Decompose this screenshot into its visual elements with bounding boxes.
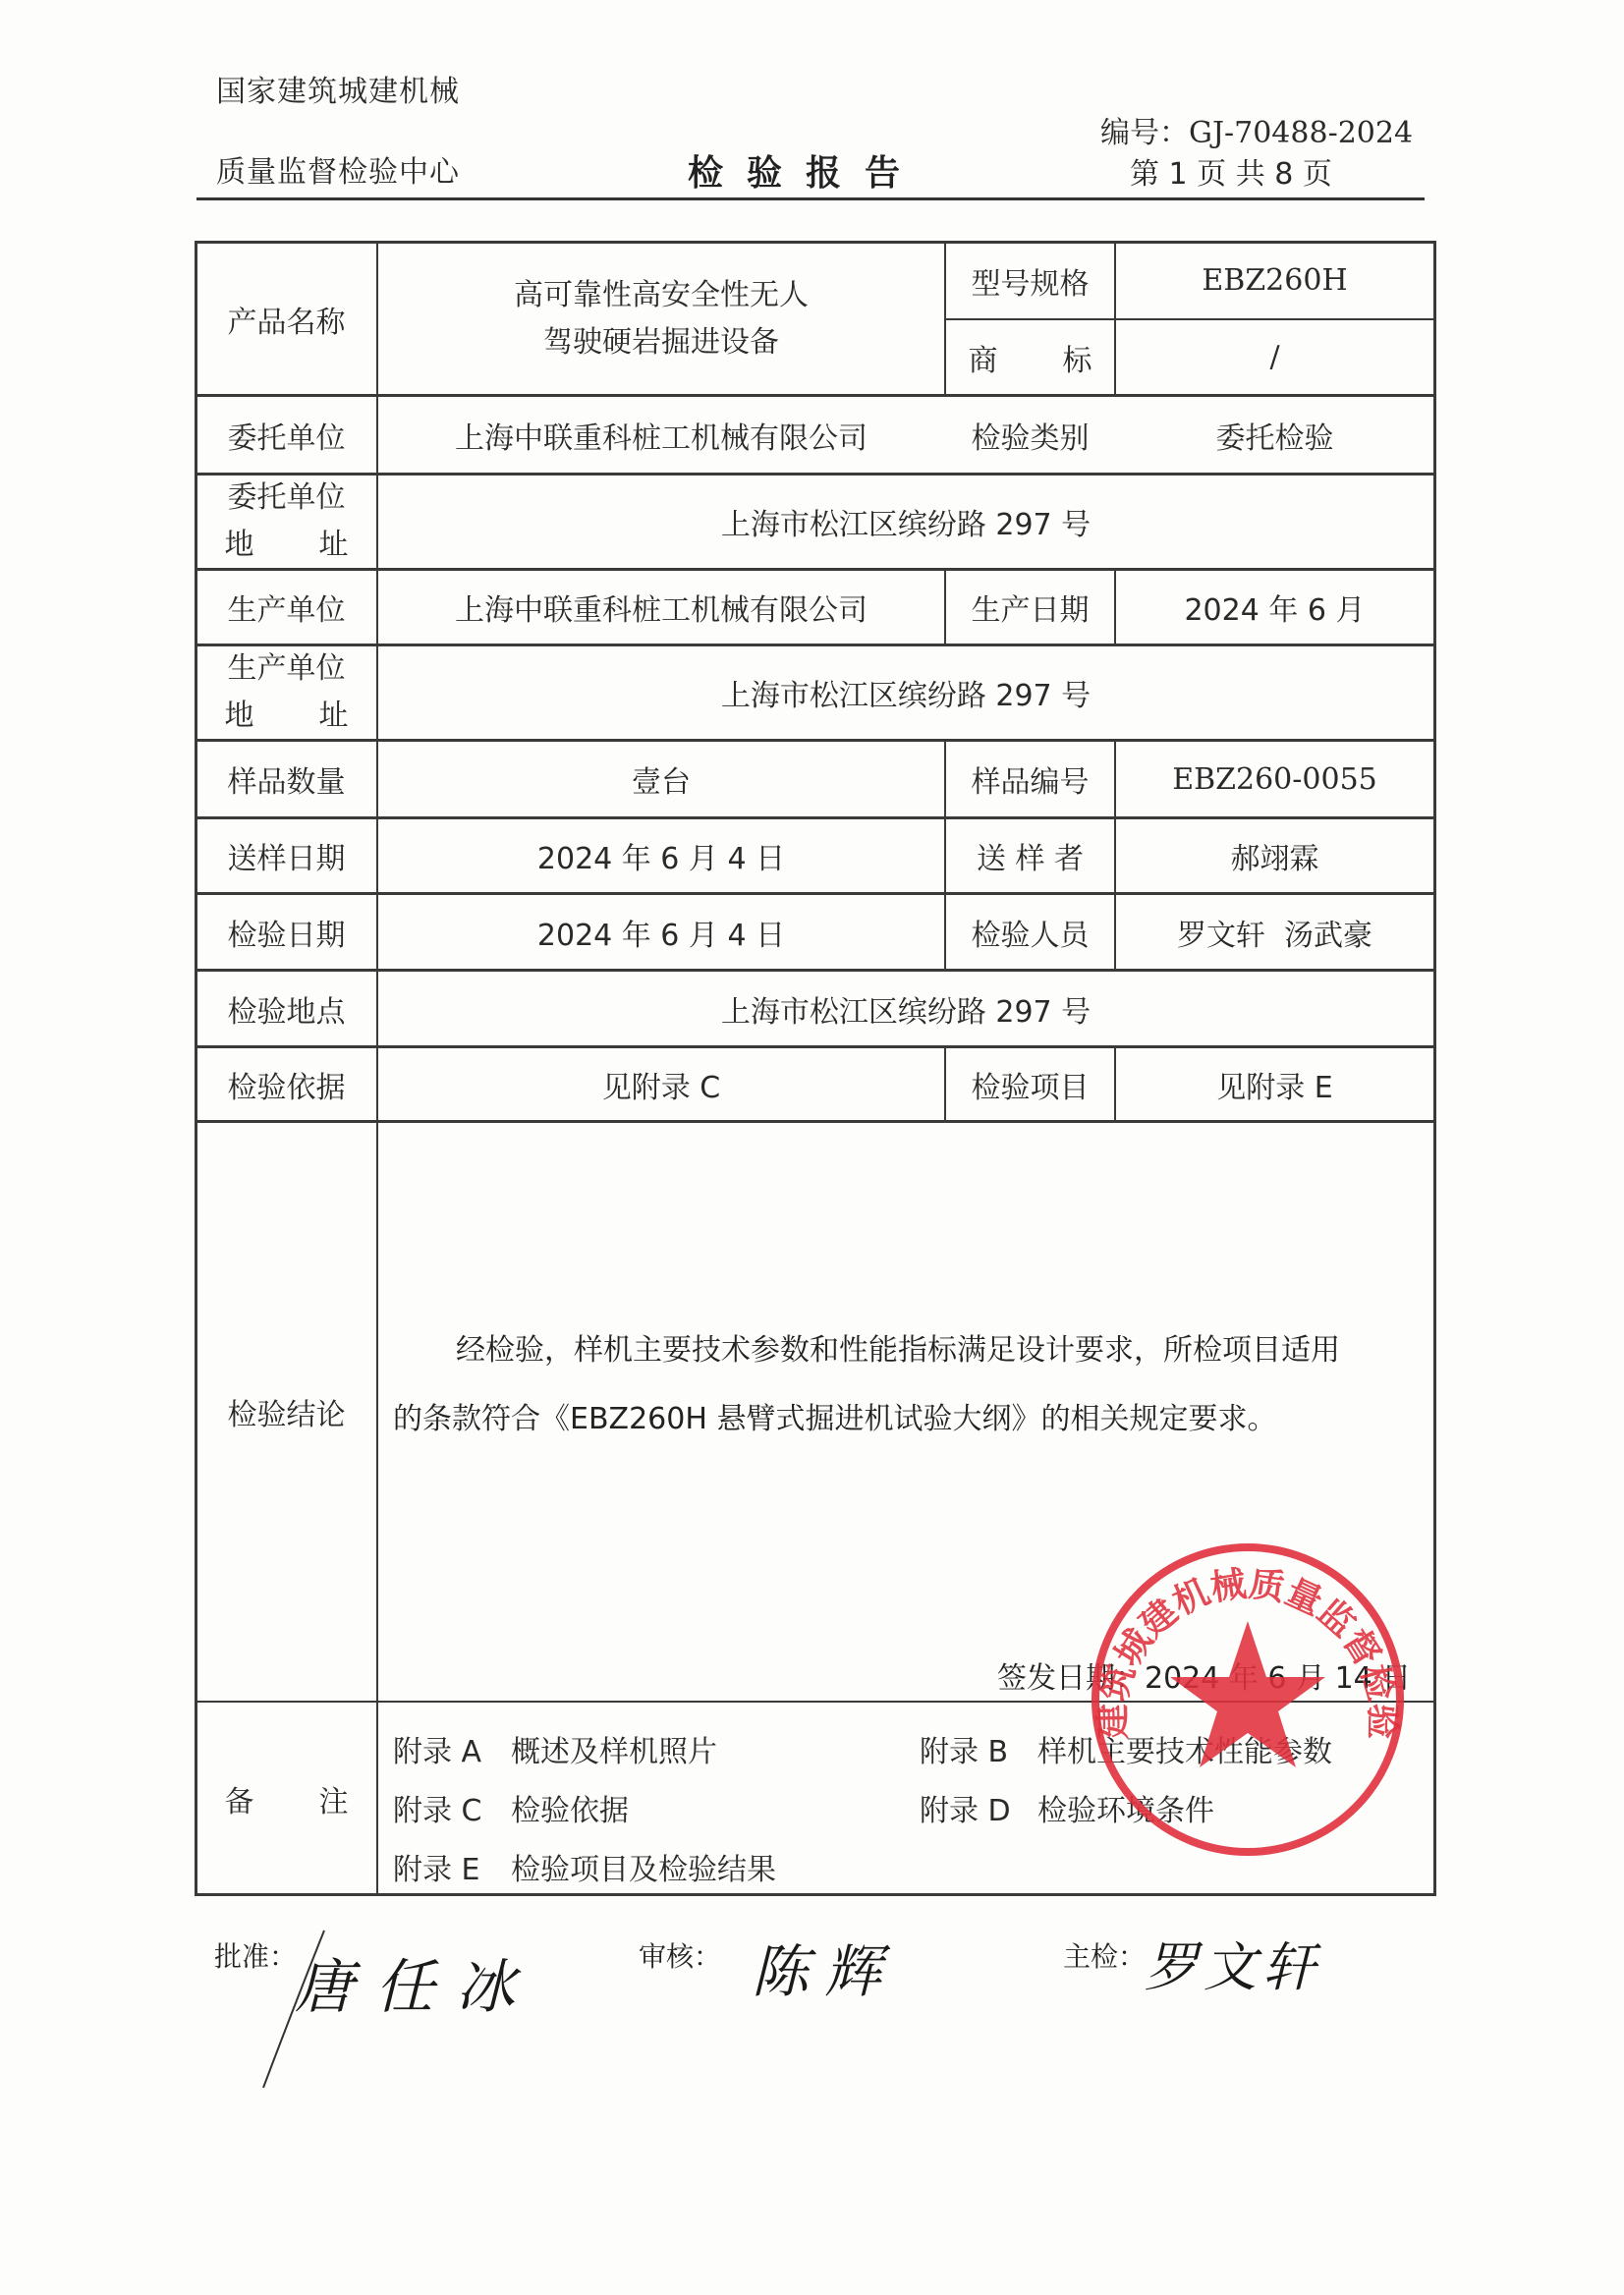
items-value: 见附录 E — [1116, 1048, 1433, 1120]
page-title: 检验报告 — [688, 145, 924, 196]
remarks-label-a: 备 — [225, 1777, 254, 1820]
appendix-d-code: 附录 D — [920, 1786, 1037, 1829]
production-date-label: 生产日期 — [946, 571, 1114, 644]
manufacturer-value: 上海中联重科桩工机械有限公司 — [378, 571, 944, 644]
basis-value: 见附录 C — [378, 1048, 944, 1120]
sample-no-value: EBZ260-0055 — [1116, 742, 1433, 816]
review-signature: 陈辉 — [752, 1926, 897, 2008]
conclusion-line1: 经检验，样机主要技术参数和性能指标满足设计要求，所检项目适用 — [393, 1316, 1425, 1385]
product-name-line2: 驾驶硬岩掘进设备 — [543, 319, 779, 366]
appendix-b-code: 附录 B — [920, 1727, 1037, 1770]
appendix-e-code: 附录 E — [393, 1845, 511, 1888]
product-name-line1: 高可靠性高安全性无人 — [514, 272, 809, 319]
org-name-line1: 国家建筑城建机械 — [216, 67, 460, 110]
client-label: 委托单位 — [196, 397, 376, 473]
model-label: 型号规格 — [946, 243, 1114, 318]
delivery-date-label: 送样日期 — [196, 819, 376, 892]
manufacturer-address-value: 上海市松江区缤纷路 297 号 — [378, 646, 1433, 739]
review-label: 审核： — [639, 1935, 721, 1975]
report-number-label: 编号： — [1100, 116, 1189, 150]
appendix-c: 附录 C检验依据 — [393, 1786, 629, 1829]
appendix-a-title: 概述及样机照片 — [511, 1735, 717, 1769]
inspection-type-label: 检验类别 — [946, 397, 1114, 473]
appendix-e-title: 检验项目及检验结果 — [511, 1853, 776, 1887]
sample-qty-value: 壹台 — [378, 742, 944, 816]
appendix-a: 附录 A概述及样机照片 — [393, 1727, 717, 1770]
manufacturer-address-label-line1: 生产单位 — [228, 645, 346, 693]
conclusion-label: 检验结论 — [196, 1123, 376, 1701]
deliverer-label: 送 样 者 — [946, 819, 1114, 892]
basis-label: 检验依据 — [196, 1048, 376, 1120]
inspectors-label: 检验人员 — [946, 895, 1114, 969]
deliverer-value: 郝翊霖 — [1116, 819, 1433, 892]
items-label: 检验项目 — [946, 1048, 1114, 1120]
client-address-label-b: 址 — [319, 522, 349, 569]
production-date-value: 2024 年 6 月 — [1116, 571, 1433, 644]
inspection-site-value: 上海市松江区缤纷路 297 号 — [378, 972, 1433, 1045]
client-address-label: 委托单位 地址 — [196, 476, 376, 568]
report-number: 编号：GJ-70488-2024 — [1100, 108, 1413, 151]
sample-qty-label: 样品数量 — [196, 742, 376, 816]
conclusion-line2: 的条款符合《EBZ260H 悬臂式掘进机试验大纲》的相关规定要求。 — [393, 1385, 1425, 1454]
remarks-label: 备注 — [196, 1704, 376, 1893]
delivery-date-value: 2024 年 6 月 4 日 — [378, 819, 944, 892]
trademark-label-b: 标 — [1063, 336, 1092, 379]
table-border-right — [1433, 241, 1436, 1896]
product-name-label: 产品名称 — [196, 243, 376, 395]
manufacturer-address-label-b: 址 — [319, 693, 349, 740]
appendix-c-code: 附录 C — [393, 1786, 511, 1829]
conclusion-text: 经检验，样机主要技术参数和性能指标满足设计要求，所检项目适用 的条款符合《EBZ… — [393, 1316, 1425, 1454]
inspectors-value: 罗文轩 汤武豪 — [1116, 895, 1433, 969]
table-border-bottom — [195, 1893, 1436, 1896]
appendix-c-title: 检验依据 — [511, 1794, 629, 1828]
trademark-label: 商标 — [946, 320, 1114, 394]
product-name-value: 高可靠性高安全性无人 驾驶硬岩掘进设备 — [378, 243, 944, 395]
chief-inspector-label: 主检： — [1063, 1935, 1146, 1975]
page-info: 第 1 页 共 8 页 — [1130, 149, 1332, 193]
trademark-value: / — [1116, 320, 1433, 394]
approve-pen-stroke-icon — [255, 1926, 334, 2093]
trademark-label-a: 商 — [969, 336, 998, 379]
model-value: EBZ260H — [1116, 243, 1433, 318]
client-address-label-line1: 委托单位 — [228, 475, 346, 522]
report-number-value: GJ-70488-2024 — [1189, 116, 1413, 150]
client-value: 上海中联重科桩工机械有限公司 — [378, 397, 944, 473]
inspection-site-label: 检验地点 — [196, 972, 376, 1045]
header-divider — [196, 197, 1425, 200]
client-address-label-a: 地 — [225, 522, 254, 569]
appendix-a-code: 附录 A — [393, 1727, 511, 1770]
manufacturer-address-label-a: 地 — [225, 693, 254, 740]
row-line — [195, 1120, 1436, 1123]
chief-inspector-signature: 罗文轩 — [1145, 1926, 1321, 2001]
org-name-line2: 质量监督检验中心 — [216, 147, 460, 191]
inspection-type-value: 委托检验 — [1116, 397, 1433, 473]
manufacturer-address-label: 生产单位 地址 — [196, 646, 376, 739]
sample-no-label: 样品编号 — [946, 742, 1114, 816]
appendix-e: 附录 E检验项目及检验结果 — [393, 1845, 776, 1888]
client-address-value: 上海市松江区缤纷路 297 号 — [378, 476, 1433, 568]
manufacturer-label: 生产单位 — [196, 571, 376, 644]
remarks-label-b: 注 — [319, 1777, 349, 1820]
inspection-date-value: 2024 年 6 月 4 日 — [378, 895, 944, 969]
inspection-date-label: 检验日期 — [196, 895, 376, 969]
official-seal-icon: 国家建筑城建机械质量监督检验中心 — [1086, 1538, 1410, 1862]
